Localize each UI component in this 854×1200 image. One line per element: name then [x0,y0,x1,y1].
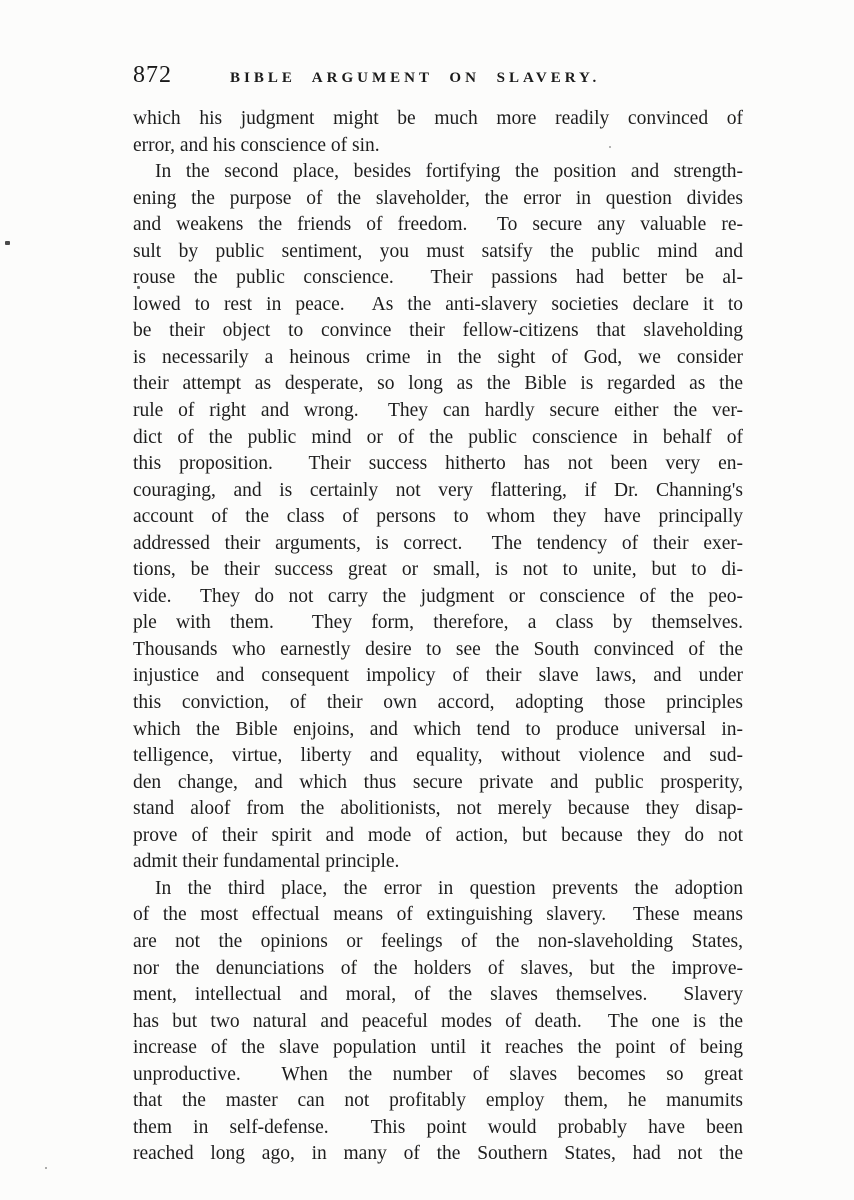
scan-speck [5,241,10,245]
book-page: 872 BIBLE ARGUMENT ON SLAVERY. which his… [0,0,854,1200]
text-line: and weakens the friends of freedom. To s… [133,212,743,239]
text-line: has but two natural and peaceful modes o… [133,1009,743,1036]
text-line: sult by public sentiment, you must satsi… [133,239,743,266]
scan-speck [45,1167,47,1169]
text-line: increase of the slave population until i… [133,1035,743,1062]
text-line: dict of the public mind or of the public… [133,425,743,452]
text-line: admit their fundamental principle. [133,849,743,876]
scan-speck [609,146,611,148]
page-body: which his judgment might be much more re… [133,106,743,1168]
text-line: prove of their spirit and mode of action… [133,823,743,850]
text-line: injustice and consequent impolicy of the… [133,663,743,690]
text-line: rule of right and wrong. They can hardly… [133,398,743,425]
text-line: of the most effectual means of extinguis… [133,902,743,929]
text-line: which the Bible enjoins, and which tend … [133,717,743,744]
text-line: vide. They do not carry the judgment or … [133,584,743,611]
text-line: nor the denunciations of the holders of … [133,956,743,983]
text-line: ple with them. They form, therefore, a c… [133,610,743,637]
text-line: this proposition. Their success hitherto… [133,451,743,478]
text-line: lowed to rest in peace. As the anti-slav… [133,292,743,319]
text-line: error, and his conscience of sin. [133,133,743,160]
text-line: In the third place, the error in questio… [133,876,743,903]
text-line: rouse the public conscience. Their passi… [133,265,743,292]
text-line: den change, and which thus secure privat… [133,770,743,797]
text-line: that the master can not profitably emplo… [133,1088,743,1115]
text-line: this conviction, of their own accord, ad… [133,690,743,717]
page-header: 872 BIBLE ARGUMENT ON SLAVERY. [133,62,745,89]
text-line: account of the class of persons to whom … [133,504,743,531]
text-line: ening the purpose of the slaveholder, th… [133,186,743,213]
text-line: telligence, virtue, liberty and equality… [133,743,743,770]
text-line: is necessarily a heinous crime in the si… [133,345,743,372]
text-line: are not the opinions or feelings of the … [133,929,743,956]
text-line: addressed their arguments, is correct. T… [133,531,743,558]
text-line: tions, be their success great or small, … [133,557,743,584]
text-line: Thousands who earnestly desire to see th… [133,637,743,664]
text-line: their attempt as desperate, so long as t… [133,371,743,398]
page-number: 872 [133,62,172,89]
running-title: BIBLE ARGUMENT ON SLAVERY. [230,70,600,87]
text-line: which his judgment might be much more re… [133,106,743,133]
text-line: couraging, and is certainly not very fla… [133,478,743,505]
text-line: In the second place, besides fortifying … [133,159,743,186]
scan-speck [137,286,140,289]
text-line: be their object to convince their fellow… [133,318,743,345]
text-line: reached long ago, in many of the Souther… [133,1141,743,1168]
text-line: them in self-defense. This point would p… [133,1115,743,1142]
text-line: stand aloof from the abolitionists, not … [133,796,743,823]
text-line: unproductive. When the number of slaves … [133,1062,743,1089]
text-line: ment, intellectual and moral, of the sla… [133,982,743,1009]
